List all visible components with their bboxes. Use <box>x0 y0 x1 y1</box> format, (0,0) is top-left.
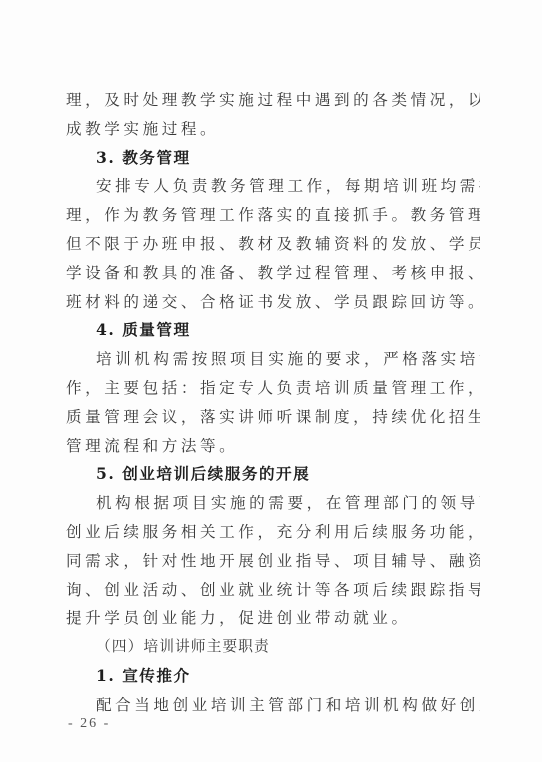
paragraph-line: 安排专人负责教务管理工作，每期培训班均需指定班级助 <box>66 172 480 201</box>
section-heading-quality: 4. 质量管理 <box>66 316 480 345</box>
paragraph-line: 培训机构需按照项目实施的要求，严格落实培训质量管理工 <box>66 345 480 374</box>
paragraph-line: 作，主要包括：指定专人负责培训质量管理工作，定期参加培训 <box>66 374 480 403</box>
paragraph-line: 配合当地创业培训主管部门和培训机构做好创业培训（直 <box>66 691 480 720</box>
section-heading-followup: 5. 创业培训后续服务的开展 <box>66 460 480 489</box>
paragraph-line: 质量管理会议，落实讲师听课制度，持续优化招生、教学、教务 <box>66 403 480 432</box>
paragraph-line: 创业后续服务相关工作，充分利用后续服务功能，根据学员的不 <box>66 518 480 547</box>
paragraph-line: 同需求，针对性地开展创业指导、项目辅导、融资对接、创业咨 <box>66 547 480 576</box>
subsection-heading-trainer-duties: （四）培训讲师主要职责 <box>66 633 480 662</box>
paragraph-line: 学设备和教具的准备、教学过程管理、考核申报、组织考核、结 <box>66 259 480 288</box>
document-page: 理，及时处理教学实施过程中遇到的各类情况，以便保质保量完 成教学实施过程。 3.… <box>0 0 542 762</box>
paragraph-line: 理，作为教务管理工作落实的直接抓手。教务管理工作主要包括 <box>66 201 480 230</box>
page-body: 理，及时处理教学实施过程中遇到的各类情况，以便保质保量完 成教学实施过程。 3.… <box>66 86 480 720</box>
page-number: - 26 - <box>68 716 110 732</box>
paragraph-line: 机构根据项目实施的需要，在管理部门的领导下，开展直播 <box>66 489 480 518</box>
paragraph-line: 成教学实施过程。 <box>66 115 480 144</box>
paragraph-line: 管理流程和方法等。 <box>66 432 480 461</box>
paragraph-line: 但不限于办班申报、教材及教辅资料的发放、学员签到管理、教 <box>66 230 480 259</box>
section-heading-teaching-admin: 3. 教务管理 <box>66 144 480 173</box>
paragraph-line: 询、创业活动、创业就业统计等各项后续跟踪指导服务，进一步 <box>66 576 480 605</box>
paragraph-line: 提升学员创业能力，促进创业带动就业。 <box>66 604 480 633</box>
section-heading-promotion: 1. 宣传推介 <box>66 662 480 691</box>
paragraph-line: 理，及时处理教学实施过程中遇到的各类情况，以便保质保量完 <box>66 86 480 115</box>
paragraph-line: 班材料的递交、合格证书发放、学员跟踪回访等。 <box>66 288 480 317</box>
